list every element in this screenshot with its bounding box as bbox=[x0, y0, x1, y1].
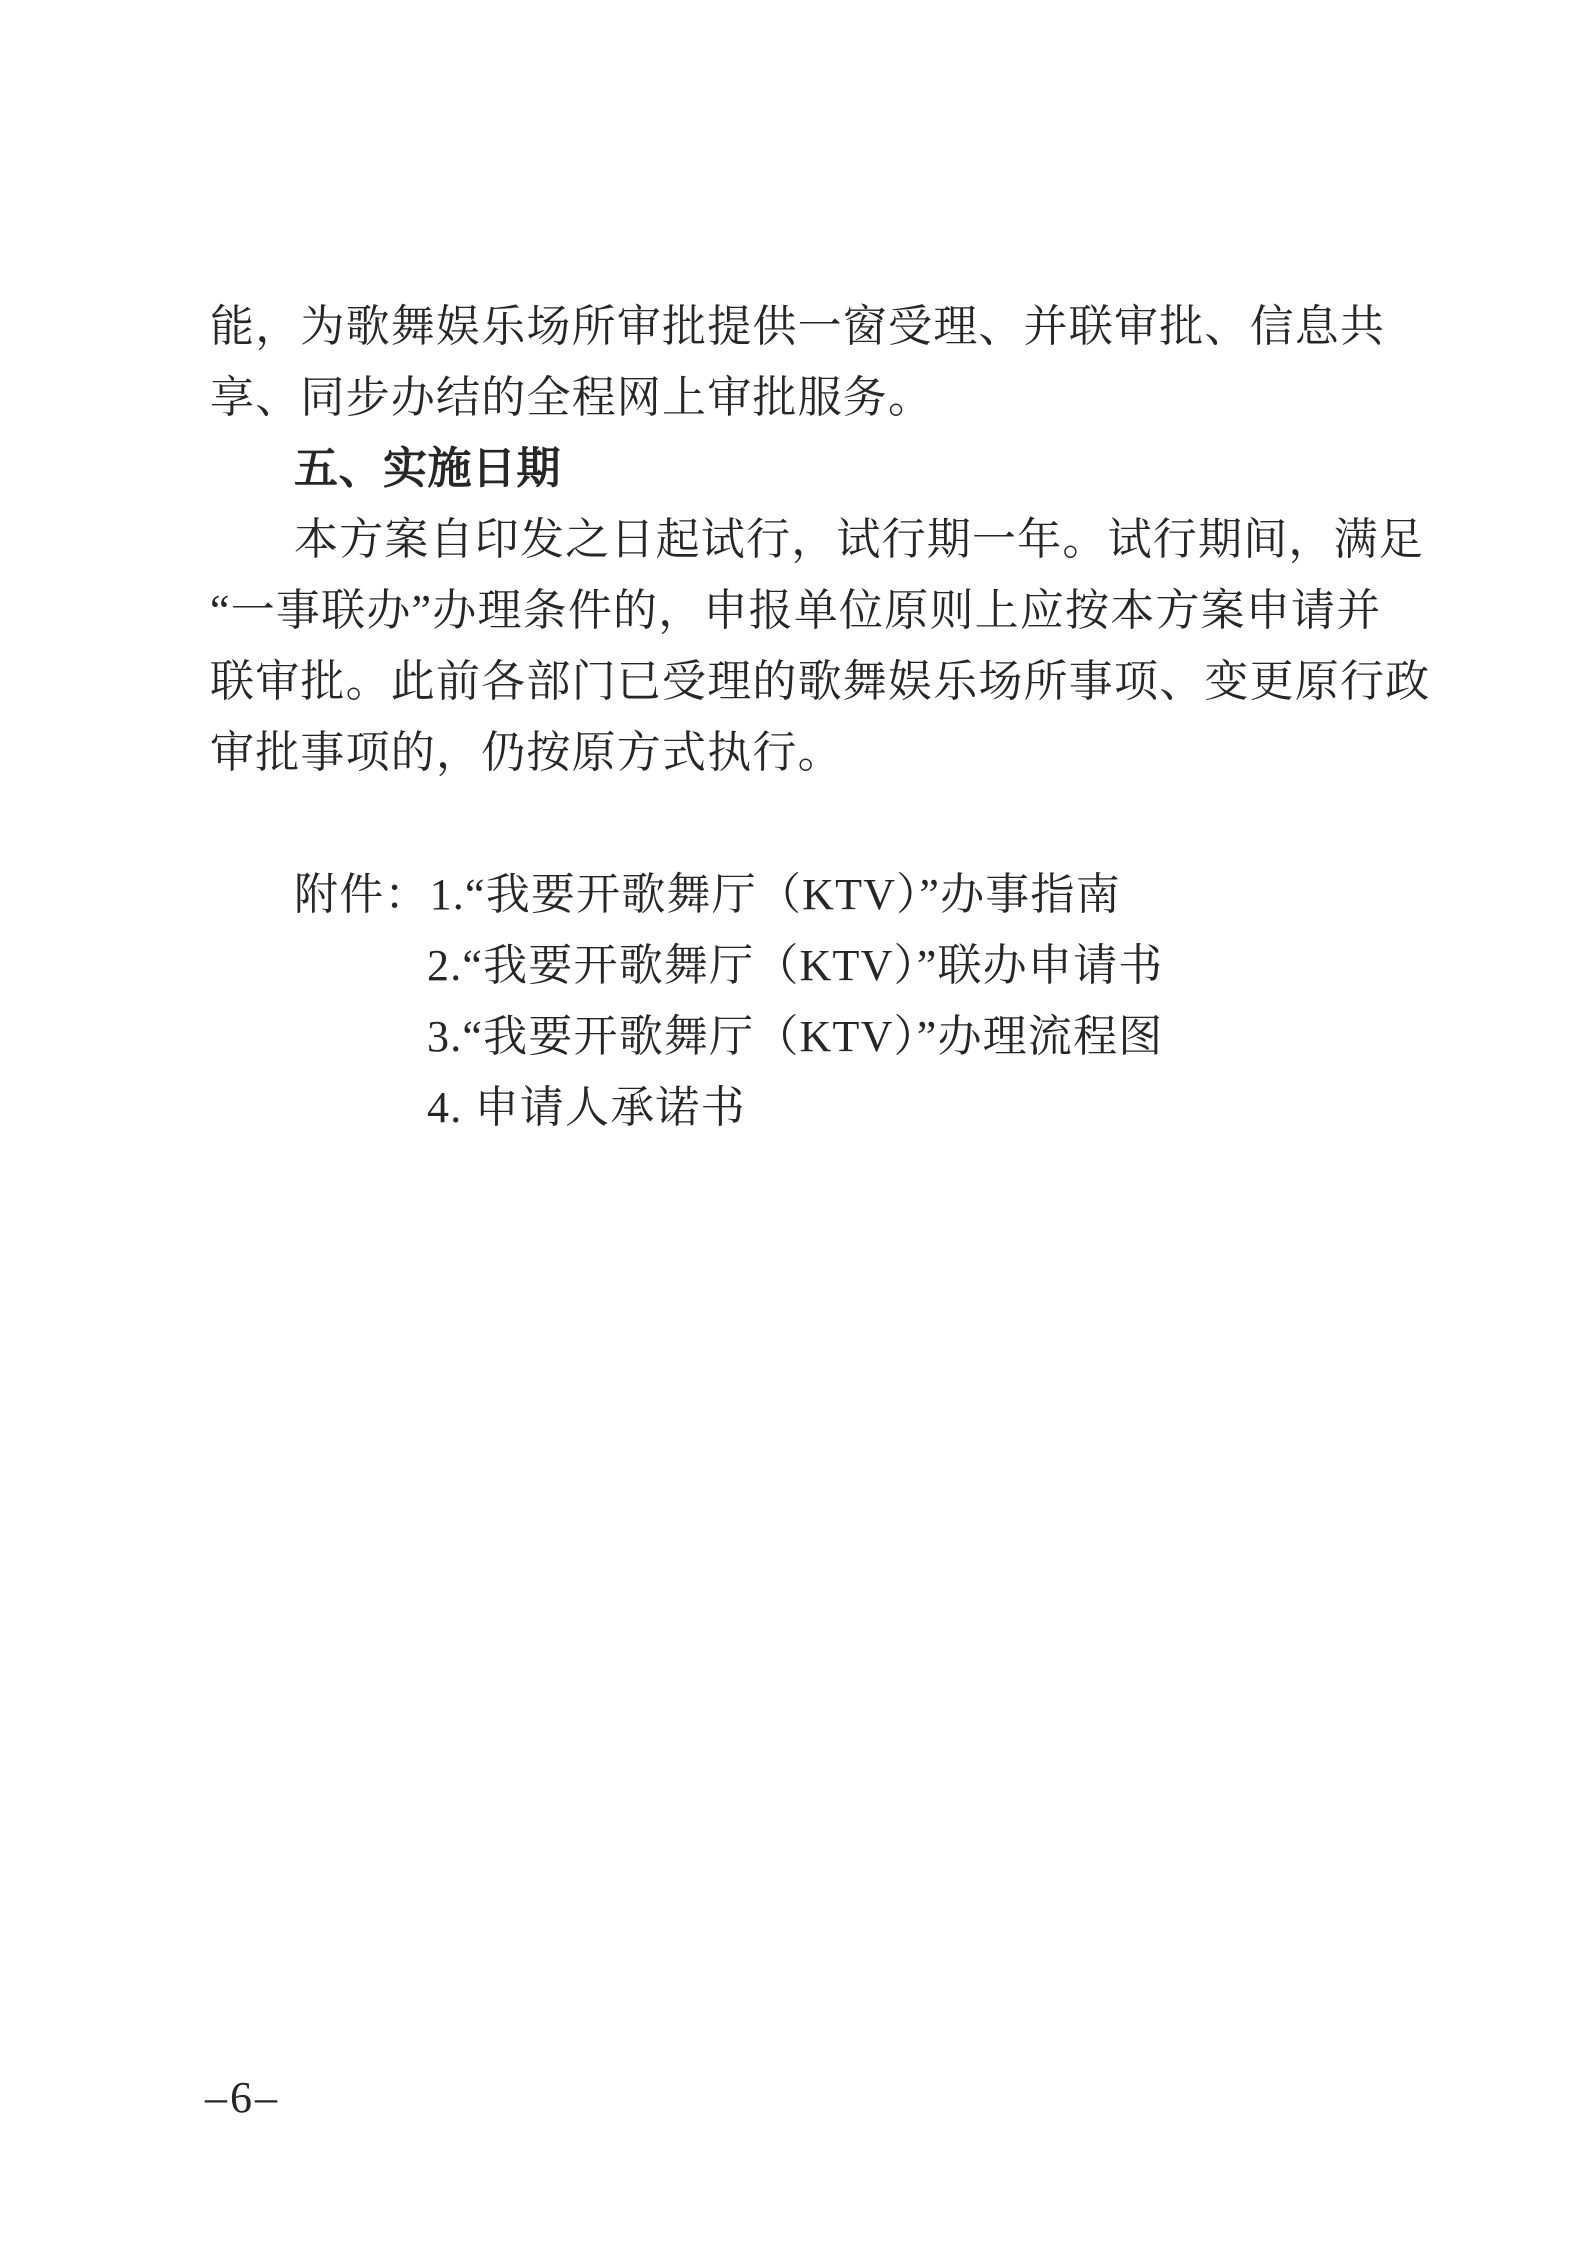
section-body-line: “一事联办”办理条件的，申报单位原则上应按本方案申请并 bbox=[210, 575, 1400, 646]
document-body: 能，为歌舞娱乐场所审批提供一窗受理、并联审批、信息共 享、同步办结的全程网上审批… bbox=[210, 291, 1400, 1143]
page-number: –6– bbox=[205, 2076, 280, 2120]
attachment-item: 1.“我要开歌舞厅（KTV）”办事指南 bbox=[430, 870, 1121, 919]
section-body-line: 本方案自印发之日起试行，试行期一年。试行期间，满足 bbox=[210, 504, 1400, 575]
section-body-line: 联审批。此前各部门已受理的歌舞娱乐场所事项、变更原行政 bbox=[210, 646, 1400, 717]
document-page: 能，为歌舞娱乐场所审批提供一窗受理、并联审批、信息共 享、同步办结的全程网上审批… bbox=[0, 0, 1587, 2245]
paragraph-continuation-line: 能，为歌舞娱乐场所审批提供一窗受理、并联审批、信息共 bbox=[210, 291, 1400, 362]
attachment-item: 3.“我要开歌舞厅（KTV）”办理流程图 bbox=[210, 1001, 1400, 1072]
attachment-label: 附件： bbox=[294, 870, 430, 919]
attachment-line: 附件：1.“我要开歌舞厅（KTV）”办事指南 bbox=[210, 859, 1400, 930]
section-body-line: 审批事项的，仍按原方式执行。 bbox=[210, 717, 1400, 788]
section-heading: 五、实施日期 bbox=[210, 433, 1400, 504]
blank-line bbox=[210, 788, 1400, 859]
attachment-item: 2.“我要开歌舞厅（KTV）”联办申请书 bbox=[210, 930, 1400, 1001]
paragraph-continuation-line: 享、同步办结的全程网上审批服务。 bbox=[210, 362, 1400, 433]
attachment-item: 4. 申请人承诺书 bbox=[210, 1072, 1400, 1143]
